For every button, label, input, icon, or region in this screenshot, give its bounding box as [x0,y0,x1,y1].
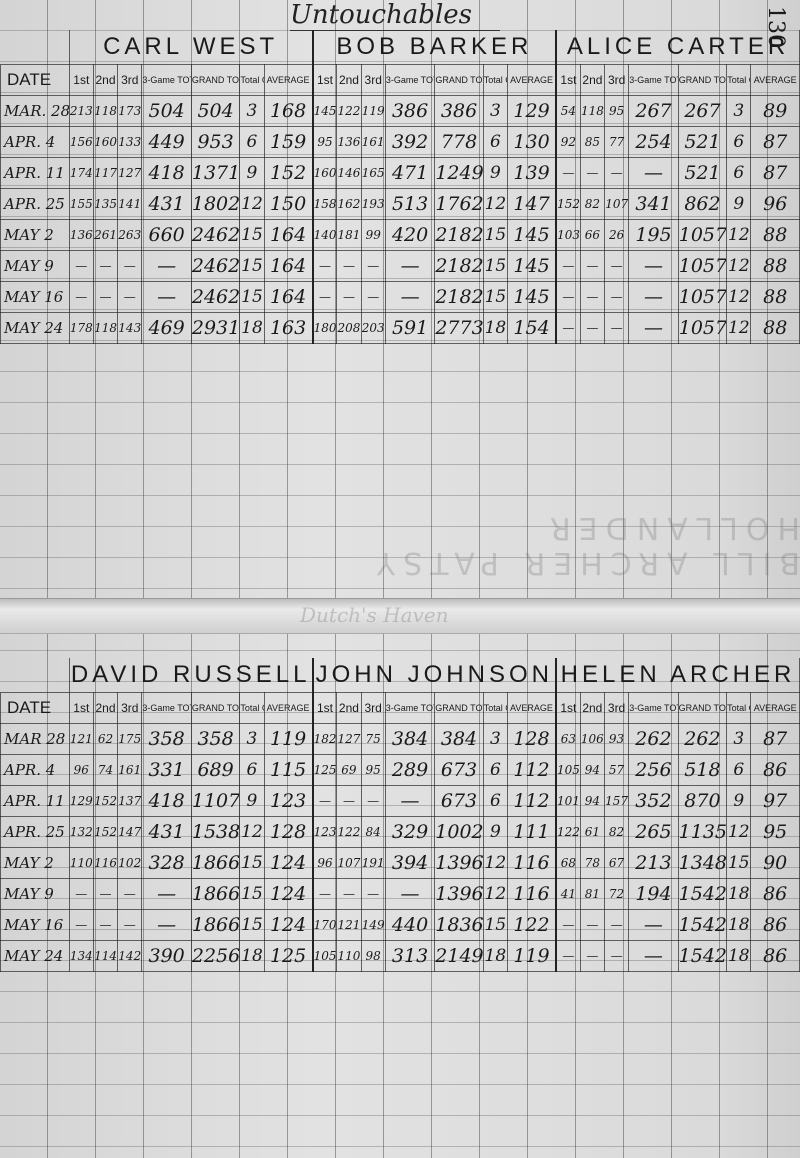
date-cell: APR. 25 [1,817,70,848]
score-cell-grand-total: 2773 [435,313,483,344]
score-cell-second: — [580,941,604,972]
column-header-grand-total: GRAND TOTAL [678,65,726,96]
score-cell-grand-total: 358 [191,724,239,755]
table-row: MAY 211011610232818661512496107191394139… [1,848,800,879]
corner-cell [1,658,70,693]
score-cell-third: 95 [605,96,629,127]
score-cell-third: — [604,910,628,941]
date-cell: MAR. 28 [1,96,70,127]
score-cell-three-game-total: 341 [629,189,678,220]
score-cell-first: 63 [556,724,580,755]
column-header-third: 3rd [605,65,629,96]
score-cell-total-games: 12 [240,189,264,220]
score-cell-grand-total: 2182 [435,220,483,251]
score-cell-second: — [337,282,361,313]
score-cell-total-games: 15 [483,220,507,251]
score-cell-first: — [69,251,93,282]
score-cell-average: 112 [507,786,556,817]
score-cell-three-game-total: 194 [629,879,678,910]
score-cell-first: — [556,910,580,941]
column-header-grand-total: GRAND TOTAL [435,65,483,96]
score-cell-three-game-total: 213 [629,848,678,879]
column-header-third: 3rd [361,693,385,724]
score-cell-total-games: 12 [727,251,751,282]
column-header-second: 2nd [337,65,361,96]
score-cell-grand-total: 673 [435,786,483,817]
score-cell-total-games: 18 [727,879,751,910]
score-cell-grand-total: 267 [678,96,726,127]
score-cell-third: — [118,910,142,941]
column-header-third: 3rd [361,65,385,96]
score-cell-average: 86 [751,879,800,910]
score-cell-third: — [361,786,385,817]
score-cell-third: 193 [361,189,385,220]
score-cell-three-game-total: — [629,158,678,189]
score-cell-second: 94 [580,786,604,817]
score-cell-three-game-total: 265 [629,817,678,848]
table-row: MAY 9————246215164————218215145————10571… [1,251,800,282]
score-cell-second: 69 [337,755,361,786]
score-cell-total-games: 12 [727,220,751,251]
score-cell-average: 124 [264,910,313,941]
score-cell-average: 119 [264,724,313,755]
score-cell-second: 160 [93,127,117,158]
score-cell-average: 147 [508,189,557,220]
score-cell-second: 127 [337,724,361,755]
table-row: APR. 41561601334499536159951361613927786… [1,127,800,158]
score-cell-second: 82 [580,189,604,220]
score-cell-first: 152 [556,189,580,220]
score-cell-first: — [313,251,337,282]
score-cell-three-game-total: 328 [142,848,191,879]
score-cell-second: — [580,910,604,941]
score-cell-third: 93 [604,724,628,755]
score-cell-third: — [118,879,142,910]
score-cell-total-games: 6 [727,127,751,158]
column-header-second: 2nd [93,65,117,96]
score-cell-first: — [69,910,93,941]
score-cell-three-game-total: 313 [385,941,434,972]
date-cell: MAY 16 [1,282,70,313]
score-cell-average: 88 [751,282,800,313]
score-cell-grand-total: 1396 [435,848,483,879]
score-cell-average: 88 [751,313,800,344]
score-cell-grand-total: 1866 [191,848,239,879]
score-cell-first: 96 [69,755,93,786]
score-cell-total-games: 12 [727,313,751,344]
score-cell-average: 145 [508,251,557,282]
score-cell-three-game-total: 471 [385,158,434,189]
score-cell-second: 146 [337,158,361,189]
score-cell-first: 123 [313,817,337,848]
column-header-total-games: Total Games [483,693,507,724]
score-cell-total-games: 18 [727,910,751,941]
score-cell-average: 86 [751,941,800,972]
score-cell-second: 81 [580,879,604,910]
score-cell-second: 118 [93,96,117,127]
score-cell-second: 208 [337,313,361,344]
column-header-third: 3rd [118,693,142,724]
score-cell-first: 105 [313,941,337,972]
score-cell-second: — [93,251,117,282]
score-cell-grand-total: 2182 [435,282,483,313]
column-header-second: 2nd [337,693,361,724]
score-cell-average: 123 [264,786,313,817]
column-header-first: 1st [313,693,337,724]
score-cell-average: 139 [508,158,557,189]
score-cell-second: 136 [337,127,361,158]
score-cell-first: 145 [313,96,337,127]
score-cell-total-games: 12 [727,817,751,848]
score-cell-first: — [556,251,580,282]
bowler-name: JOHN JOHNSON [313,658,556,693]
score-cell-average: 164 [264,282,313,313]
table-row: MAY 241781181434692931181631802082035912… [1,313,800,344]
score-cell-first: — [313,282,337,313]
score-cell-third: 84 [361,817,385,848]
score-cell-first: — [313,786,337,817]
score-cell-third: 95 [361,755,385,786]
column-header-first: 1st [69,693,93,724]
score-cell-first: 103 [556,220,580,251]
score-cell-grand-total: 2462 [191,282,239,313]
column-header-average: AVERAGE [264,693,313,724]
score-cell-third: 82 [604,817,628,848]
score-cell-first: 122 [556,817,580,848]
score-cell-grand-total: 1396 [435,879,483,910]
score-cell-average: 168 [264,96,313,127]
table-row: APR. 11174117127418137191521601461654711… [1,158,800,189]
score-cell-third: 175 [118,724,142,755]
score-cell-second: 116 [93,848,117,879]
score-cell-total-games: 15 [240,220,264,251]
score-cell-average: 145 [508,282,557,313]
score-cell-total-games: 6 [240,755,264,786]
score-cell-three-game-total: — [142,910,191,941]
score-cell-third: — [118,282,142,313]
score-cell-second: — [337,251,361,282]
score-cell-average: 116 [507,848,556,879]
score-cell-second: 122 [337,817,361,848]
column-header-first: 1st [556,65,580,96]
table-row: MAY 16————186615124170121149440183615122… [1,910,800,941]
score-cell-second: — [93,282,117,313]
score-cell-average: 128 [264,817,313,848]
score-cell-average: 86 [751,910,800,941]
score-cell-total-games: 3 [483,724,507,755]
score-cell-third: 161 [118,755,142,786]
score-cell-first: 96 [313,848,337,879]
score-cell-grand-total: 1538 [191,817,239,848]
column-header-total-games: Total Games [240,693,264,724]
bowler-name: CARL WEST [69,30,312,65]
score-cell-total-games: 12 [240,817,264,848]
score-cell-third: 99 [361,220,385,251]
score-cell-second: 162 [337,189,361,220]
score-cell-grand-total: 953 [191,127,239,158]
score-cell-third: 67 [604,848,628,879]
table-row: APR. 25132152147431153812128123122843291… [1,817,800,848]
score-cell-average: 130 [508,127,557,158]
column-header-total-games: Total Games [727,693,751,724]
score-cell-average: 128 [507,724,556,755]
score-cell-three-game-total: 256 [629,755,678,786]
score-cell-third: 98 [361,941,385,972]
score-cell-grand-total: 2149 [435,941,483,972]
score-cell-average: 150 [264,189,313,220]
score-cell-grand-total: 1542 [678,910,726,941]
score-cell-three-game-total: 386 [385,96,434,127]
column-header-three-game-total: 3-Game TOTAL [142,693,191,724]
bowler-name: BOB BARKER [313,30,556,65]
score-cell-first: 160 [313,158,337,189]
score-cell-three-game-total: — [142,879,191,910]
score-cell-first: — [556,158,580,189]
score-cell-total-games: 15 [240,879,264,910]
bowler-name: DAVID RUSSELL [69,658,312,693]
score-cell-grand-total: 673 [435,755,483,786]
score-cell-average: 111 [507,817,556,848]
score-cell-grand-total: 1866 [191,910,239,941]
score-cell-second: 114 [93,941,117,972]
score-cell-average: 112 [507,755,556,786]
score-cell-second: — [337,786,361,817]
score-cell-grand-total: 2182 [435,251,483,282]
score-cell-third: 263 [118,220,142,251]
score-cell-grand-total: 862 [678,189,726,220]
score-cell-total-games: 15 [483,282,507,313]
score-cell-total-games: 6 [727,755,751,786]
score-cell-average: 129 [508,96,557,127]
score-cell-three-game-total: — [385,786,434,817]
score-cell-grand-total: 1866 [191,879,239,910]
table-row: MAY 213626126366024621516414018199420218… [1,220,800,251]
score-cell-second: 152 [93,786,117,817]
score-cell-three-game-total: 469 [142,313,191,344]
score-cell-first: 95 [313,127,337,158]
score-cell-grand-total: 2931 [191,313,239,344]
score-cell-total-games: 9 [483,817,507,848]
score-cell-second: — [580,313,604,344]
table-row: APR. 49674161331689611512569952896736112… [1,755,800,786]
column-header-second: 2nd [580,693,604,724]
score-cell-three-game-total: 329 [385,817,434,848]
score-cell-second: 107 [337,848,361,879]
score-cell-total-games: 9 [483,158,507,189]
column-header-second: 2nd [580,65,604,96]
date-cell: MAY 2 [1,848,70,879]
score-cell-third: 77 [605,127,629,158]
table-row: MAR 281216217535835831191821277538438431… [1,724,800,755]
score-cell-first: 140 [313,220,337,251]
score-cell-third: 107 [605,189,629,220]
score-cell-second: 61 [580,817,604,848]
score-cell-three-game-total: 431 [142,189,191,220]
bowler-name: ALICE CARTER [556,30,799,65]
score-cell-three-game-total: 591 [385,313,434,344]
score-cell-second: 66 [580,220,604,251]
score-cell-grand-total: 384 [435,724,483,755]
score-cell-third: 133 [118,127,142,158]
score-cell-total-games: 12 [727,282,751,313]
score-cell-total-games: 12 [483,189,507,220]
score-cell-average: 116 [507,879,556,910]
score-cell-second: 78 [580,848,604,879]
score-cell-average: 164 [264,220,313,251]
score-cell-three-game-total: 289 [385,755,434,786]
score-cell-grand-total: 1002 [435,817,483,848]
date-cell: MAY 24 [1,313,70,344]
score-cell-third: 147 [118,817,142,848]
corner-cell [1,30,70,65]
score-cell-grand-total: 1542 [678,879,726,910]
score-cell-first: 155 [69,189,93,220]
score-cell-total-games: 15 [240,910,264,941]
column-header-third: 3rd [118,65,142,96]
column-header-average: AVERAGE [508,65,557,96]
score-cell-three-game-total: — [629,282,678,313]
score-cell-third: 26 [605,220,629,251]
score-cell-second: 122 [337,96,361,127]
score-cell-total-games: 15 [240,282,264,313]
score-table: CARL WESTBOB BARKERALICE CARTERDATE1st2n… [0,30,800,344]
score-cell-total-games: 6 [727,158,751,189]
score-cell-total-games: 18 [240,941,264,972]
date-cell: APR. 4 [1,127,70,158]
score-cell-three-game-total: 504 [142,96,191,127]
score-cell-first: 132 [69,817,93,848]
fold-faded-text: Dutch's Haven [300,603,449,627]
score-cell-total-games: 9 [727,189,751,220]
score-cell-third: 149 [361,910,385,941]
score-cell-average: 88 [751,251,800,282]
score-cell-grand-total: 778 [435,127,483,158]
score-cell-average: 124 [264,879,313,910]
score-cell-second: 118 [580,96,604,127]
score-cell-first: — [313,879,337,910]
score-cell-three-game-total: 394 [385,848,434,879]
score-cell-first: 182 [313,724,337,755]
score-cell-three-game-total: 660 [142,220,191,251]
score-cell-average: 164 [264,251,313,282]
score-cell-grand-total: 1762 [435,189,483,220]
table-row: MAR. 28213118173504504316814512211938638… [1,96,800,127]
score-cell-first: 134 [69,941,93,972]
score-cell-three-game-total: 331 [142,755,191,786]
score-cell-average: 95 [751,817,800,848]
score-cell-grand-total: 1107 [191,786,239,817]
score-cell-average: 87 [751,724,800,755]
score-cell-third: 191 [361,848,385,879]
score-cell-total-games: 15 [240,848,264,879]
score-cell-three-game-total: 440 [385,910,434,941]
column-header-three-game-total: 3-Game TOTAL [629,693,678,724]
score-cell-third: — [605,251,629,282]
page-title: Untouchables [290,0,500,31]
score-cell-second: — [337,879,361,910]
score-cell-first: — [69,282,93,313]
score-cell-total-games: 3 [240,724,264,755]
score-cell-second: — [580,282,604,313]
score-cell-grand-total: 262 [678,724,726,755]
score-cell-total-games: 12 [483,848,507,879]
score-cell-second: 110 [337,941,361,972]
score-cell-first: 136 [69,220,93,251]
score-cell-average: 154 [508,313,557,344]
score-table: DAVID RUSSELLJOHN JOHNSONHELEN ARCHERDAT… [0,658,800,972]
score-cell-second: 152 [93,817,117,848]
score-cell-average: 159 [264,127,313,158]
score-cell-first: 180 [313,313,337,344]
score-cell-three-game-total: 358 [142,724,191,755]
column-header-grand-total: GRAND TOTAL [678,693,726,724]
page-fold: Dutch's Haven [0,598,800,634]
score-cell-total-games: 18 [483,941,507,972]
score-cell-first: 156 [69,127,93,158]
score-cell-average: 87 [751,158,800,189]
score-cell-first: 125 [313,755,337,786]
score-cell-total-games: 18 [727,941,751,972]
score-cell-average: 87 [751,127,800,158]
score-cell-third: — [361,879,385,910]
score-cell-third: 57 [604,755,628,786]
score-cell-first: 213 [69,96,93,127]
column-header-average: AVERAGE [507,693,556,724]
score-cell-third: — [361,282,385,313]
score-cell-three-game-total: 390 [142,941,191,972]
score-cell-grand-total: 1057 [678,282,726,313]
score-cell-second: 106 [580,724,604,755]
date-cell: MAR 28 [1,724,70,755]
date-cell: MAY 9 [1,251,70,282]
score-cell-three-game-total: 384 [385,724,434,755]
score-cell-total-games: 3 [727,724,751,755]
score-cell-first: 170 [313,910,337,941]
score-cell-third: 143 [118,313,142,344]
score-cell-total-games: 12 [483,879,507,910]
column-header-third: 3rd [604,693,628,724]
date-cell: MAY 16 [1,910,70,941]
score-cell-three-game-total: — [629,941,678,972]
score-cell-first: 105 [556,755,580,786]
column-header-grand-total: GRAND TOTAL [191,65,239,96]
score-cell-first: 41 [556,879,580,910]
bleed-through-text: BILL ARCHER PATSY HOLLANDER [120,510,800,580]
score-cell-three-game-total: — [629,313,678,344]
score-cell-total-games: 9 [727,786,751,817]
score-cell-total-games: 15 [483,910,507,941]
date-cell: APR. 4 [1,755,70,786]
column-header-grand-total: GRAND TOTAL [191,693,239,724]
score-cell-third: 165 [361,158,385,189]
score-cell-total-games: 3 [483,96,507,127]
score-cell-third: 127 [118,158,142,189]
score-cell-three-game-total: 418 [142,786,191,817]
score-cell-three-game-total: 418 [142,158,191,189]
score-cell-second: — [93,879,117,910]
score-block-top: CARL WESTBOB BARKERALICE CARTERDATE1st2n… [0,30,800,344]
score-cell-third: — [118,251,142,282]
score-cell-total-games: 3 [240,96,264,127]
date-cell: MAY 2 [1,220,70,251]
column-header-three-game-total: 3-Game TOTAL [385,693,434,724]
score-cell-third: 142 [118,941,142,972]
column-header-second: 2nd [93,693,117,724]
score-cell-total-games: 6 [483,127,507,158]
score-cell-grand-total: 1249 [435,158,483,189]
score-cell-three-game-total: 449 [142,127,191,158]
score-cell-first: 54 [556,96,580,127]
